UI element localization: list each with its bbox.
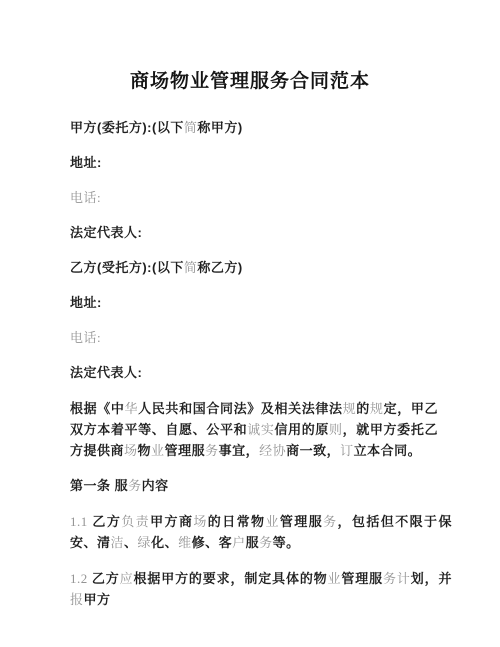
text-segment: 第一条 服 <box>70 478 128 493</box>
text-segment: 根据《中 <box>70 401 125 416</box>
muted-text-segment: 应 <box>120 571 134 586</box>
text-segment: 甲方(委托方):(以下 <box>70 120 184 135</box>
text-segment: 商一致， <box>286 443 340 458</box>
text-segment: 的 <box>356 401 370 416</box>
muted-text-segment: 业 <box>328 571 342 586</box>
muted-text-segment: 华 <box>125 401 139 416</box>
muted-text-segment: 户 <box>232 535 246 550</box>
text-segment: 管理服 <box>341 571 383 586</box>
text-segment: 、 <box>124 535 138 550</box>
text-segment: 信用的原 <box>274 422 329 437</box>
party-a-address-label: 地址: <box>70 153 438 173</box>
text-segment: 甲方 <box>84 592 111 607</box>
text-segment: 乙方 <box>92 514 121 529</box>
text-segment: 的日常物 <box>208 514 266 529</box>
muted-text-segment: 业 <box>151 443 165 458</box>
text-segment: 服 <box>246 535 260 550</box>
muted-text-segment: 务 <box>259 535 273 550</box>
muted-text-segment: 绿 <box>138 535 152 550</box>
text-segment: 划，并 <box>411 571 452 586</box>
muted-text-segment: 经协 <box>259 443 286 458</box>
party-a-legal-representative-label: 法定代表人: <box>70 223 438 243</box>
party-b-address-label: 地址: <box>70 293 438 313</box>
text-segment: 物 <box>138 443 152 458</box>
text-segment: 根据甲方的要求，制定具体的物 <box>133 571 327 586</box>
text-segment: 管理服 <box>165 443 206 458</box>
muted-text-segment: 诚实 <box>247 422 274 437</box>
text-segment: 称乙方) <box>197 260 242 275</box>
muted-text-segment: 报 <box>70 592 84 607</box>
clause-1-1: 1.1 乙方负责甲方商场的日常物业管理服务，包括但不限于保安、清洁、绿化、维修、… <box>70 511 452 553</box>
text-segment: 乙方(受托方):(以下 <box>70 260 184 275</box>
text-segment: 立本合同。 <box>354 443 422 458</box>
muted-text-segment: 务 <box>323 514 337 529</box>
muted-text-segment: 洁 <box>111 535 125 550</box>
party-b-legal-representative-label: 法定代表人: <box>70 363 438 383</box>
party-a-heading: 甲方(委托方):(以下简称甲方) <box>70 118 438 138</box>
muted-text-segment: 1.1 <box>70 514 92 529</box>
muted-text-segment: 简 <box>184 260 198 275</box>
text-segment: 修、客 <box>192 535 233 550</box>
preamble-paragraph: 根据《中华人民共和国合同法》及相关法律法规的规定，甲乙双方本着平等、自愿、公平和… <box>70 398 438 461</box>
text-segment: 内容 <box>142 478 169 493</box>
text-segment: 人民共和国合同法》及相关法律法 <box>138 401 342 416</box>
text-segment: 地址: <box>70 295 102 310</box>
muted-text-segment: 电话: <box>70 330 101 345</box>
contract-document-page: 商场物业管理服务合同范本 甲方(委托方):(以下简称甲方) 地址: 电话: 法定… <box>0 0 500 647</box>
muted-text-segment: 业 <box>265 514 279 529</box>
party-b-phone-label: 电话: <box>70 328 438 348</box>
muted-text-segment: 规 <box>343 401 357 416</box>
muted-text-segment: 则 <box>329 422 343 437</box>
text-segment: 化、 <box>151 535 178 550</box>
text-segment: 管理服 <box>280 514 323 529</box>
muted-text-segment: 规 <box>370 401 384 416</box>
muted-text-segment: 1.2 <box>70 571 92 586</box>
muted-text-segment: 务 <box>128 478 142 493</box>
article-1-heading: 第一条 服务内容 <box>70 476 438 496</box>
muted-text-segment: 维 <box>178 535 192 550</box>
text-segment: 等。 <box>273 535 300 550</box>
muted-text-segment: 场 <box>193 514 207 529</box>
text-segment: 甲方商 <box>150 514 193 529</box>
clause-1-2: 1.2 乙方应根据甲方的要求，制定具体的物业管理服务计划，并报甲方 <box>70 568 452 610</box>
document-title: 商场物业管理服务合同范本 <box>70 68 430 95</box>
party-a-phone-label: 电话: <box>70 188 438 208</box>
text-segment: 事宜， <box>219 443 260 458</box>
muted-text-segment: 订 <box>340 443 354 458</box>
party-b-heading: 乙方(受托方):(以下简称乙方) <box>70 258 438 278</box>
text-segment: 乙方 <box>92 571 120 586</box>
muted-text-segment: 务 <box>205 443 219 458</box>
text-segment: 称甲方) <box>197 120 242 135</box>
muted-text-segment: 负责 <box>121 514 150 529</box>
text-segment: 法定代表人: <box>70 365 142 380</box>
muted-text-segment: 务计 <box>383 571 411 586</box>
muted-text-segment: 简 <box>184 120 198 135</box>
muted-text-segment: 场 <box>124 443 138 458</box>
text-segment: 法定代表人: <box>70 225 142 240</box>
muted-text-segment: 电话: <box>70 190 101 205</box>
text-segment: 地址: <box>70 155 102 170</box>
